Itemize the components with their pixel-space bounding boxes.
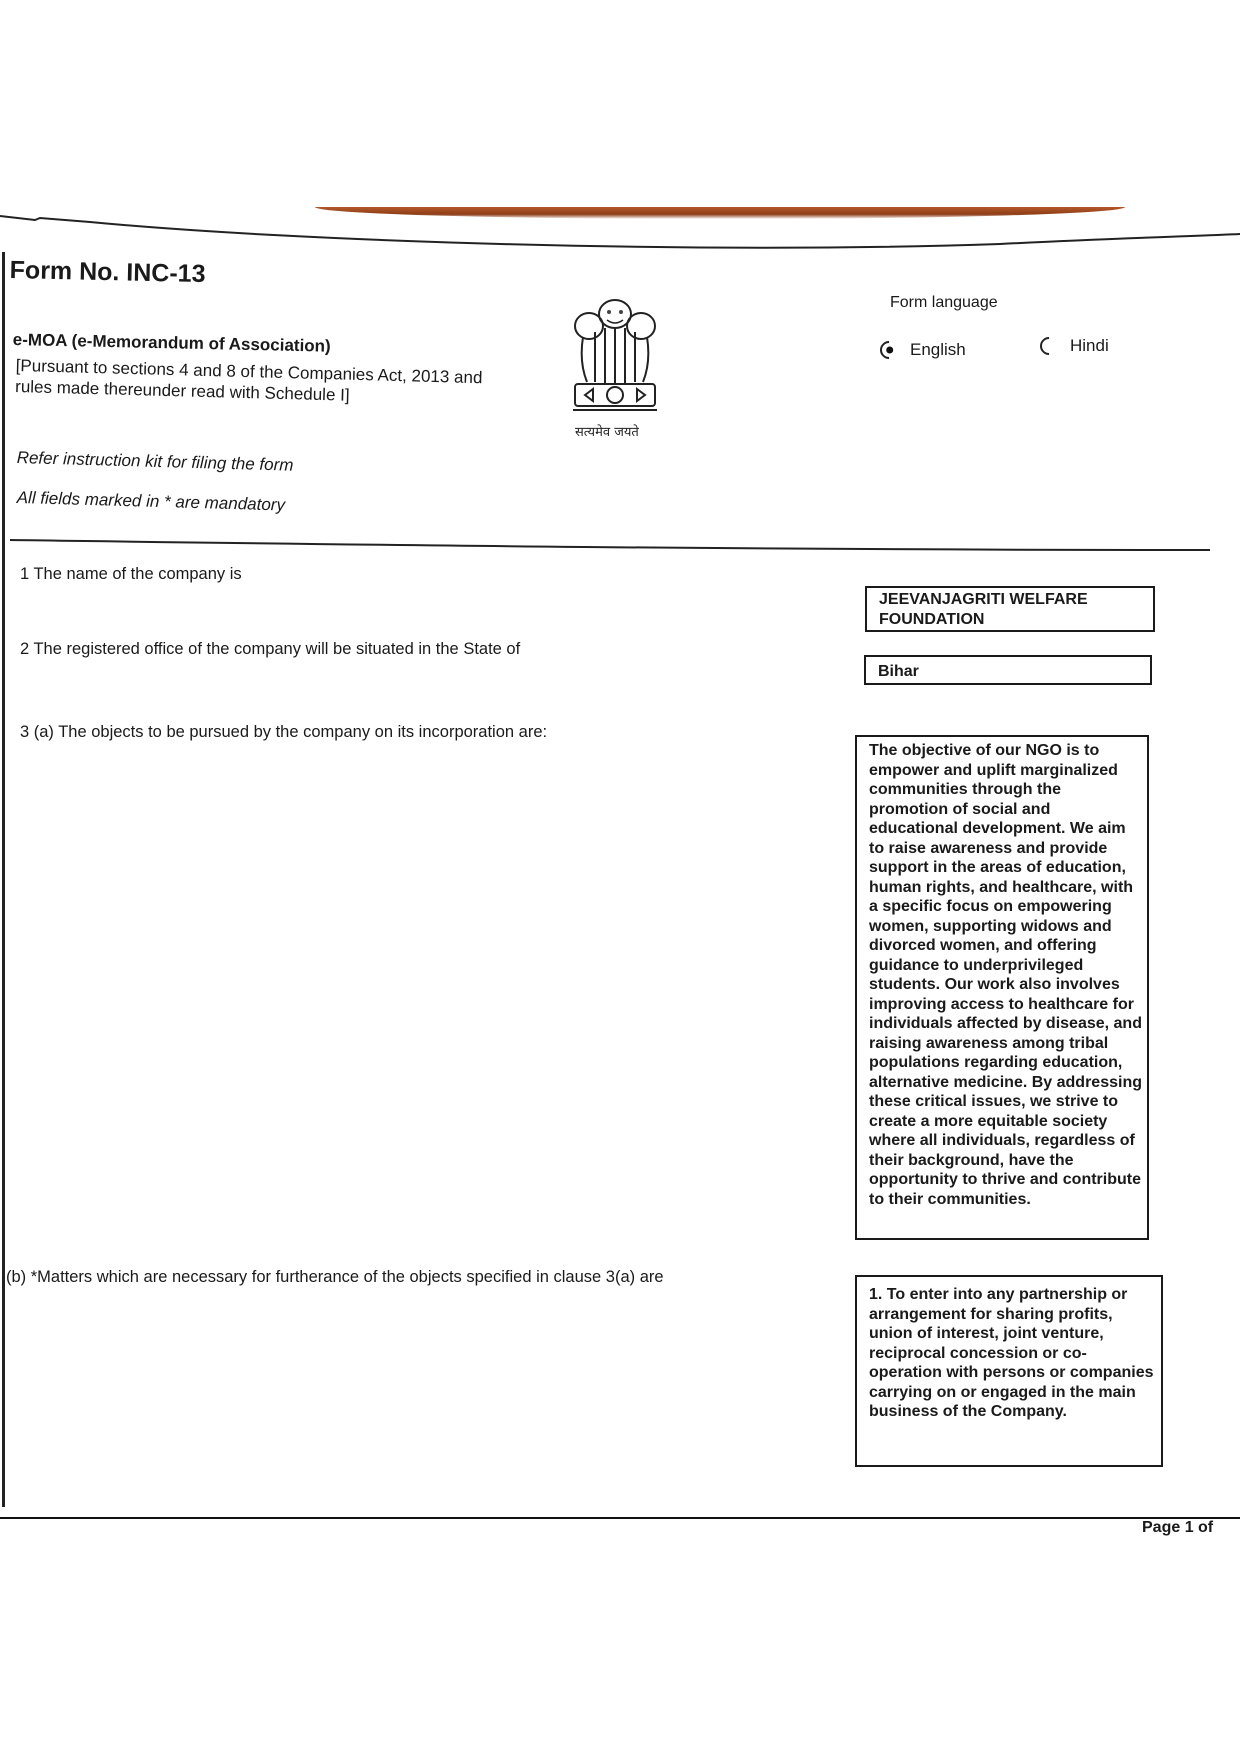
mandatory-note: All fields marked in * are mandatory — [16, 488, 285, 515]
objects-label: 3 (a) The objects to be pursued by the c… — [20, 723, 547, 742]
radio-english[interactable]: English — [880, 340, 966, 360]
company-name-value: JEEVANJAGRITI WELFARE FOUNDATION — [879, 590, 1145, 629]
page-bottom-rule — [0, 1515, 1240, 1525]
form-name: e-MOA (e-Memorandum of Association) — [13, 330, 331, 357]
section-divider — [10, 538, 1210, 552]
matters-field[interactable]: 1. To enter into any partnership or arra… — [855, 1275, 1163, 1467]
instruction-note: Refer instruction kit for filing the for… — [16, 448, 293, 476]
state-field[interactable]: Bihar — [864, 655, 1152, 685]
pursuant-text: [Pursuant to sections 4 and 8 of the Com… — [15, 355, 486, 409]
radio-unchecked-icon[interactable] — [1036, 333, 1061, 358]
radio-english-label: English — [910, 340, 966, 360]
state-value: Bihar — [878, 662, 1142, 682]
objects-value: The objective of our NGO is to empower a… — [869, 741, 1143, 1209]
radio-hindi-label: Hindi — [1070, 336, 1109, 356]
radio-checked-icon[interactable] — [876, 337, 901, 362]
objects-field[interactable]: The objective of our NGO is to empower a… — [855, 735, 1149, 1240]
page-left-border — [2, 252, 5, 1507]
state-label: 2 The registered office of the company w… — [20, 640, 520, 659]
form-number-title: Form No. INC-13 — [9, 256, 205, 289]
page-top-edge — [0, 214, 1240, 250]
matters-value: 1. To enter into any partnership or arra… — [869, 1285, 1155, 1422]
company-name-field[interactable]: JEEVANJAGRITI WELFARE FOUNDATION — [865, 586, 1155, 632]
page-number: Page 1 of — [1142, 1519, 1213, 1537]
national-emblem-icon — [565, 292, 665, 417]
form-language-label: Form language — [890, 294, 998, 312]
company-name-label: 1 The name of the company is — [20, 565, 242, 584]
matters-label: (b) *Matters which are necessary for fur… — [6, 1268, 664, 1287]
radio-hindi[interactable]: Hindi — [1040, 336, 1109, 356]
emblem-motto: सत्यमेव जयते — [575, 422, 639, 440]
